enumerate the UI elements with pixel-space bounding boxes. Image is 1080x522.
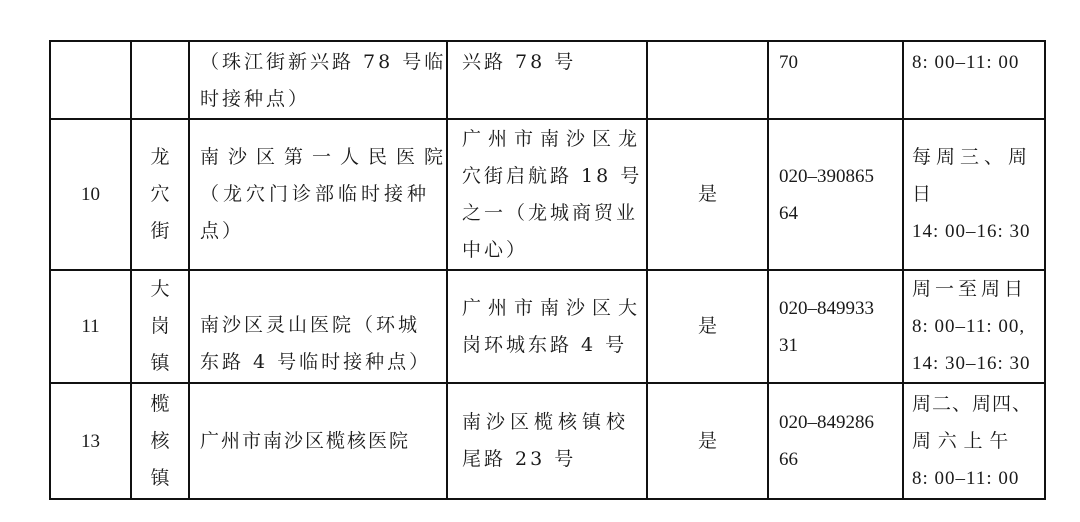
hours-line: 每周三、周 (912, 139, 1036, 176)
site-name-line: （珠江街新兴路 78 号临 (200, 44, 436, 81)
row-number: 11 (81, 316, 99, 337)
area-cell: 大岗镇 (131, 270, 189, 383)
phone-line: 020–849933 (779, 290, 892, 327)
row-number: 13 (81, 431, 100, 452)
phone-line: 64 (779, 195, 892, 232)
document-page: （珠江街新兴路 78 号临 时接种点） 兴路 78 号 70 8: 00–11:… (0, 0, 1080, 522)
site-name-cell: 南沙区灵山医院（环城 东路 4 号临时接种点） (189, 270, 447, 383)
phone-line: 31 (779, 327, 892, 364)
availability-cell: 是 (647, 383, 768, 499)
site-name-line: 点） (200, 213, 436, 250)
hours-line: 14: 00–16: 30 (912, 213, 1036, 250)
address-cell: 广州市南沙区大 岗环城东路 4 号 (447, 270, 647, 383)
address-line: 之一（龙城商贸业 (462, 195, 636, 232)
availability-value: 是 (698, 430, 717, 452)
address-line: 广州市南沙区龙 (462, 121, 636, 158)
hours-line: 日 (912, 176, 1036, 213)
site-name-line: 广州市南沙区榄核医院 (200, 423, 436, 460)
hours-line: 周一至周日 (912, 271, 1036, 308)
row-number-cell (50, 41, 131, 119)
table-row: 10 龙穴街 南沙区第一人民医院 （龙穴门诊部临时接种 点） 广州市南沙区龙 穴… (50, 119, 1045, 270)
address-cell: 广州市南沙区龙 穴街启航路 18 号 之一（龙城商贸业 中心） (447, 119, 647, 270)
area-cell: 龙穴街 (131, 119, 189, 270)
phone-line: 020–390865 (779, 158, 892, 195)
phone-cell: 70 (768, 41, 903, 119)
site-name-line: 南沙区灵山医院（环城 (200, 307, 436, 344)
area-cell (131, 41, 189, 119)
row-number: 10 (81, 184, 100, 205)
address-line: 岗环城东路 4 号 (462, 327, 636, 364)
availability-cell (647, 41, 768, 119)
phone-line: 020–849286 (779, 404, 892, 441)
hours-line: 8: 00–11: 00, (912, 308, 1036, 345)
address-line: 南沙区榄核镇校 (462, 404, 636, 441)
vaccination-site-table: （珠江街新兴路 78 号临 时接种点） 兴路 78 号 70 8: 00–11:… (49, 40, 1046, 500)
area-name: 龙穴街 (149, 139, 171, 250)
phone-cell: 020–390865 64 (768, 119, 903, 270)
row-number-cell: 11 (50, 270, 131, 383)
site-name-cell: （珠江街新兴路 78 号临 时接种点） (189, 41, 447, 119)
table-row: （珠江街新兴路 78 号临 时接种点） 兴路 78 号 70 8: 00–11:… (50, 41, 1045, 119)
phone-cell: 020–849933 31 (768, 270, 903, 383)
address-cell: 兴路 78 号 (447, 41, 647, 119)
hours-line: 8: 00–11: 00 (912, 460, 1036, 497)
hours-cell: 周一至周日 8: 00–11: 00, 14: 30–16: 30 (903, 270, 1045, 383)
site-name-cell: 广州市南沙区榄核医院 (189, 383, 447, 499)
address-line: 尾路 23 号 (462, 441, 636, 478)
row-number-cell: 13 (50, 383, 131, 499)
hours-cell: 周二、周四、 周 六 上 午 8: 00–11: 00 (903, 383, 1045, 499)
site-name-line: （龙穴门诊部临时接种 (200, 176, 436, 213)
hours-cell: 每周三、周 日 14: 00–16: 30 (903, 119, 1045, 270)
address-line: 中心） (462, 232, 636, 269)
site-name-line: 时接种点） (200, 81, 436, 118)
availability-value: 是 (698, 315, 717, 337)
site-name-line: 东路 4 号临时接种点） (200, 344, 436, 381)
hours-line: 14: 30–16: 30 (912, 345, 1036, 382)
table-row: 13 榄核镇 广州市南沙区榄核医院 南沙区榄核镇校 尾路 23 号 是 020–… (50, 383, 1045, 499)
availability-value: 是 (698, 183, 717, 205)
area-cell: 榄核镇 (131, 383, 189, 499)
site-name-cell: 南沙区第一人民医院 （龙穴门诊部临时接种 点） (189, 119, 447, 270)
availability-cell: 是 (647, 119, 768, 270)
phone-cell: 020–849286 66 (768, 383, 903, 499)
area-name: 榄核镇 (149, 386, 171, 497)
table-row: 11 大岗镇 南沙区灵山医院（环城 东路 4 号临时接种点） 广州市南沙区大 岗… (50, 270, 1045, 383)
row-number-cell: 10 (50, 119, 131, 270)
area-name: 大岗镇 (149, 271, 171, 382)
address-line: 广州市南沙区大 (462, 290, 636, 327)
address-cell: 南沙区榄核镇校 尾路 23 号 (447, 383, 647, 499)
hours-line: 周 六 上 午 (912, 423, 1036, 460)
hours-cell: 8: 00–11: 00 (903, 41, 1045, 119)
hours-line: 8: 00–11: 00 (912, 44, 1036, 81)
availability-cell: 是 (647, 270, 768, 383)
address-line: 兴路 78 号 (462, 44, 636, 81)
hours-line: 周二、周四、 (912, 386, 1036, 423)
site-name-line: 南沙区第一人民医院 (200, 139, 436, 176)
phone-line: 70 (779, 44, 892, 81)
address-line: 穴街启航路 18 号 (462, 158, 636, 195)
phone-line: 66 (779, 441, 892, 478)
